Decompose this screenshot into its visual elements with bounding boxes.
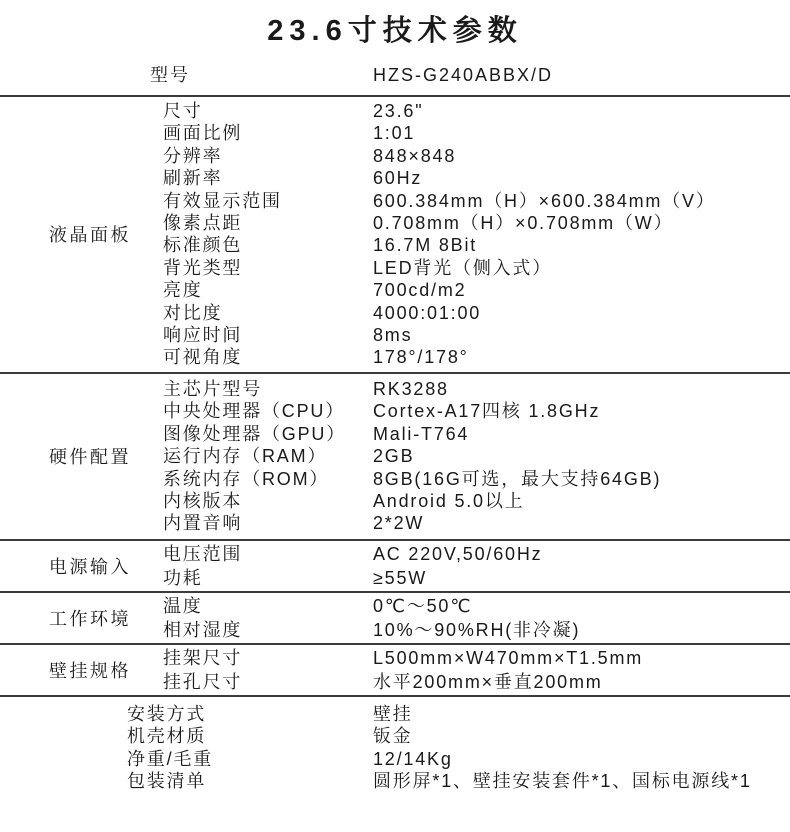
spec-value: 600.384mm（H）×600.384mm（V） — [373, 190, 790, 212]
section-general-info: 安装方式壁挂机壳材质钣金净重/毛重12/14Kg包装清单圆形屏*1、壁挂安装套件… — [0, 695, 790, 793]
spec-value: 8ms — [373, 324, 790, 346]
spec-label: 标准颜色 — [163, 234, 373, 256]
group-label-working-environment: 工作环境 — [0, 593, 163, 643]
spec-label: 运行内存（RAM） — [163, 445, 373, 467]
spec-label: 电压范围 — [163, 542, 373, 566]
spec-value: 10%～90%RH(非冷凝) — [373, 618, 790, 642]
spec-row: 分辨率848×848 — [163, 145, 790, 167]
model-row: 型号 HZS-G240ABBX/D — [0, 63, 790, 95]
group-label-power-input: 电源输入 — [0, 541, 163, 591]
spec-value: 钣金 — [373, 725, 790, 747]
spec-label: 挂架尺寸 — [163, 646, 373, 670]
spec-row: 有效显示范围600.384mm（H）×600.384mm（V） — [163, 190, 790, 212]
spec-value: 0℃～50℃ — [373, 594, 790, 618]
spec-row: 内置音响2*2W — [163, 512, 790, 534]
spec-row: 温度0℃～50℃ — [163, 594, 790, 618]
spec-value: Android 5.0以上 — [373, 490, 790, 512]
spec-value: L500mm×W470mm×T1.5mm — [373, 646, 790, 670]
spec-label: 温度 — [163, 594, 373, 618]
spec-row: 安装方式壁挂 — [127, 703, 790, 725]
spec-row: 内核版本Android 5.0以上 — [163, 490, 790, 512]
spec-value: AC 220V,50/60Hz — [373, 542, 790, 566]
spec-row: 响应时间8ms — [163, 324, 790, 346]
section-power-input: 电源输入 电压范围AC 220V,50/60Hz功耗≥55W — [0, 539, 790, 591]
spec-value: 178°/178° — [373, 346, 790, 368]
spec-label: 内置音响 — [163, 512, 373, 534]
spec-value: 23.6" — [373, 100, 790, 122]
spec-label: 分辨率 — [163, 145, 373, 167]
spec-sheet: 23.6寸技术参数 型号 HZS-G240ABBX/D 液晶面板 尺寸23.6"… — [0, 0, 790, 832]
spec-row: 机壳材质钣金 — [127, 725, 790, 747]
spec-value: 16.7M 8Bit — [373, 234, 790, 256]
spec-label: 功耗 — [163, 566, 373, 590]
spec-row: 挂孔尺寸水平200mm×垂直200mm — [163, 670, 790, 694]
spec-row: 像素点距0.708mm（H）×0.708mm（W） — [163, 212, 790, 234]
spec-row: 净重/毛重12/14Kg — [127, 748, 790, 770]
spec-row: 刷新率60Hz — [163, 167, 790, 189]
model-label: 型号 — [150, 63, 373, 88]
spec-label: 相对湿度 — [163, 618, 373, 642]
section-working-environment: 工作环境 温度0℃～50℃相对湿度10%～90%RH(非冷凝) — [0, 591, 790, 643]
spec-label: 内核版本 — [163, 490, 373, 512]
spec-row: 尺寸23.6" — [163, 100, 790, 122]
section-hardware: 硬件配置 主芯片型号RK3288中央处理器（CPU）Cortex-A17四核 1… — [0, 372, 790, 539]
spec-rows-lcd-panel: 尺寸23.6"画面比例1:01分辨率848×848刷新率60Hz有效显示范围60… — [163, 97, 790, 372]
spec-row: 中央处理器（CPU）Cortex-A17四核 1.8GHz — [163, 400, 790, 422]
spec-rows-hardware: 主芯片型号RK3288中央处理器（CPU）Cortex-A17四核 1.8GHz… — [163, 374, 790, 539]
spec-row: 包装清单圆形屏*1、壁挂安装套件*1、国标电源线*1 — [127, 770, 790, 792]
spec-label: 像素点距 — [163, 212, 373, 234]
spec-value: 水平200mm×垂直200mm — [373, 670, 790, 694]
spec-value: 2*2W — [373, 512, 790, 534]
spec-value: Mali-T764 — [373, 423, 790, 445]
spec-value: 8GB(16G可选，最大支持64GB) — [373, 468, 790, 490]
spec-label: 主芯片型号 — [163, 378, 373, 400]
spec-value: 60Hz — [373, 167, 790, 189]
spec-value: 2GB — [373, 445, 790, 467]
spec-row: 图像处理器（GPU）Mali-T764 — [163, 423, 790, 445]
spec-row: 电压范围AC 220V,50/60Hz — [163, 542, 790, 566]
spec-row: 功耗≥55W — [163, 566, 790, 590]
spec-value: 700cd/m2 — [373, 279, 790, 301]
spec-rows-working-environment: 温度0℃～50℃相对湿度10%～90%RH(非冷凝) — [163, 593, 790, 643]
spec-row: 标准颜色16.7M 8Bit — [163, 234, 790, 256]
spec-label: 刷新率 — [163, 167, 373, 189]
spec-row: 背光类型LED背光（侧入式） — [163, 257, 790, 279]
spec-value: 圆形屏*1、壁挂安装套件*1、国标电源线*1 — [373, 770, 790, 792]
spec-label: 画面比例 — [163, 122, 373, 144]
spec-row: 运行内存（RAM）2GB — [163, 445, 790, 467]
spec-row: 亮度700cd/m2 — [163, 279, 790, 301]
spec-label: 有效显示范围 — [163, 190, 373, 212]
spec-value: ≥55W — [373, 566, 790, 590]
spec-row: 对比度4000:01:00 — [163, 302, 790, 324]
section-lcd-panel: 液晶面板 尺寸23.6"画面比例1:01分辨率848×848刷新率60Hz有效显… — [0, 95, 790, 372]
spec-row: 系统内存（ROM）8GB(16G可选，最大支持64GB) — [163, 468, 790, 490]
spec-row: 相对湿度10%～90%RH(非冷凝) — [163, 618, 790, 642]
spec-row: 可视角度178°/178° — [163, 346, 790, 368]
spec-value: 4000:01:00 — [373, 302, 790, 324]
spec-label: 图像处理器（GPU） — [163, 423, 373, 445]
spec-rows-power-input: 电压范围AC 220V,50/60Hz功耗≥55W — [163, 541, 790, 591]
spec-value: 0.708mm（H）×0.708mm（W） — [373, 212, 790, 234]
model-value: HZS-G240ABBX/D — [373, 63, 790, 88]
spec-value: Cortex-A17四核 1.8GHz — [373, 400, 790, 422]
spec-label: 系统内存（ROM） — [163, 468, 373, 490]
spec-value: RK3288 — [373, 378, 790, 400]
spec-label: 可视角度 — [163, 346, 373, 368]
spec-value: 1:01 — [373, 122, 790, 144]
spec-label: 挂孔尺寸 — [163, 670, 373, 694]
spec-label: 尺寸 — [163, 100, 373, 122]
spec-row: 挂架尺寸L500mm×W470mm×T1.5mm — [163, 646, 790, 670]
spec-value: 壁挂 — [373, 703, 790, 725]
spec-label: 响应时间 — [163, 324, 373, 346]
spec-label: 安装方式 — [127, 703, 373, 725]
spec-label: 机壳材质 — [127, 725, 373, 747]
spec-label: 包装清单 — [127, 770, 373, 792]
spec-label: 亮度 — [163, 279, 373, 301]
spec-row: 画面比例1:01 — [163, 122, 790, 144]
group-label-hardware: 硬件配置 — [0, 374, 163, 539]
section-wall-mount: 壁挂规格 挂架尺寸L500mm×W470mm×T1.5mm挂孔尺寸水平200mm… — [0, 643, 790, 695]
spec-value: 12/14Kg — [373, 748, 790, 770]
spec-label: 对比度 — [163, 302, 373, 324]
spec-row: 主芯片型号RK3288 — [163, 378, 790, 400]
group-label-wall-mount: 壁挂规格 — [0, 645, 163, 695]
page-title: 23.6寸技术参数 — [0, 0, 790, 49]
spec-value: 848×848 — [373, 145, 790, 167]
spec-value: LED背光（侧入式） — [373, 257, 790, 279]
spec-label: 背光类型 — [163, 257, 373, 279]
spec-label: 净重/毛重 — [127, 748, 373, 770]
spec-label: 中央处理器（CPU） — [163, 400, 373, 422]
spec-rows-wall-mount: 挂架尺寸L500mm×W470mm×T1.5mm挂孔尺寸水平200mm×垂直20… — [163, 645, 790, 695]
group-label-lcd-panel: 液晶面板 — [0, 97, 163, 372]
